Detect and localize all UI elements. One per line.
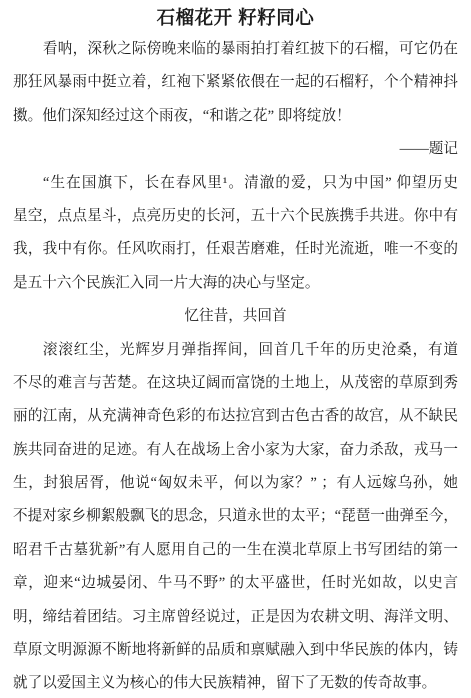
text-line: 擞。他们深知经过这个雨夜，“和谐之花” 即将绽放！ xyxy=(13,100,458,133)
text-line: 草原文明源源不断地将新鲜的品质和禀赋融入到中华民族的体内，铸 xyxy=(13,634,458,667)
document-page: 石榴花开 籽籽同心 看呐，深秋之际傍晚来临的暴雨拍打着红披下的石榴，可它仍在那狂… xyxy=(0,0,471,698)
text-line: 就了以爱国主义为核心的伟大民族精神，留下了无数的传奇故事。 xyxy=(13,667,458,698)
section-heading: 忆往昔，共回首 xyxy=(13,300,458,333)
text-line: 章，迎来“边城晏闭、牛马不野” 的太平盛世，任时光如故，以史言 xyxy=(13,567,458,600)
text-line: 看呐，深秋之际傍晚来临的暴雨拍打着红披下的石榴，可它仍在 xyxy=(13,33,458,66)
inscription-line: ——题记 xyxy=(13,133,458,166)
text-line: 我，我中有你。任风吹雨打，任艰苦磨难，任时光流逝，唯一不变的 xyxy=(13,233,458,266)
text-line: 不尽的难言与苦楚。在这块辽阔而富饶的土地上，从茂密的草原到秀 xyxy=(13,367,458,400)
document-title: 石榴花开 籽籽同心 xyxy=(13,3,458,33)
text-line: 丽的江南，从充满神奇色彩的布达拉宫到古色古香的故宫，从不缺民 xyxy=(13,400,458,433)
text-line: 星空，点点星斗，点亮历史的长河，五十六个民族携手共进。你中有 xyxy=(13,200,458,233)
text-line: “生在国旗下，长在春风里¹。清澈的爱，只为中国” 仰望历史 xyxy=(13,167,458,200)
text-line: 不提对家乡柳絮般飘飞的思念，只道永世的太平；“琵琶一曲弹至今， xyxy=(13,500,458,533)
text-line: 族共同奋进的足迹。有人在战场上舍小家为大家，奋力杀敌，戎马一 xyxy=(13,434,458,467)
document-body: 看呐，深秋之际傍晚来临的暴雨拍打着红披下的石榴，可它仍在那狂风暴雨中挺立着，红袍… xyxy=(13,33,458,698)
text-line: 生，封狼居胥，他说“匈奴未平，何以为家？” ；有人远嫁乌孙，她 xyxy=(13,467,458,500)
text-line: 滚滚红尘，光辉岁月弹指挥间，回首几千年的历史沧桑，有道 xyxy=(13,334,458,367)
text-line: 明，缔结着团结。习主席曾经说过，正是因为农耕文明、海洋文明、 xyxy=(13,601,458,634)
text-line: 是五十六个民族汇入同一片大海的决心与坚定。 xyxy=(13,267,458,300)
text-line: 昭君千古墓犹新”有人愿用自己的一生在漠北草原上书写团结的第一 xyxy=(13,534,458,567)
text-line: 那狂风暴雨中挺立着，红袍下紧紧依偎在一起的石榴籽，个个精神抖 xyxy=(13,66,458,99)
